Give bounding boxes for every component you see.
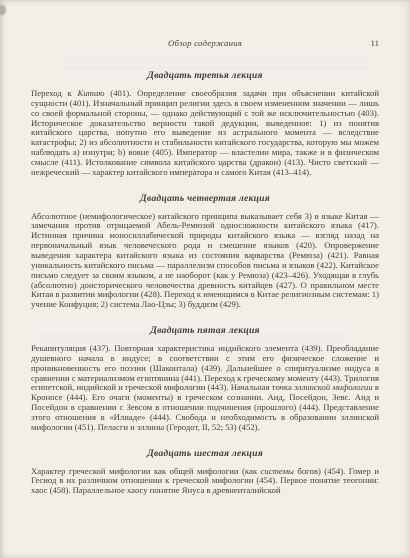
lecture-summary-paragraph: Абсолютное (немифологическое) китайского…	[31, 212, 379, 310]
running-header-row: Обзор содержания 11	[31, 37, 379, 49]
running-header: Обзор содержания	[31, 37, 379, 49]
summary-text: Переход к	[31, 88, 78, 98]
lecture-heading: Двадцать шестая лекция	[31, 448, 379, 460]
lecture-summary-paragraph: Переход к Китаю (401). Определение своео…	[31, 89, 379, 178]
summary-text: Абсолютное (немифологическое) китайского…	[31, 211, 379, 310]
lecture-heading: Двадцать пятая лекция	[31, 325, 379, 337]
italic-term: Китаю	[78, 88, 105, 98]
book-page: Обзор содержания 11 Двадцать третья лекц…	[0, 0, 410, 558]
lectures-summary: Двадцать третья лекцияПереход к Китаю (4…	[31, 70, 379, 496]
summary-text: (401). Определение своеобразия задачи пр…	[31, 88, 379, 177]
lecture-heading: Двадцать третья лекция	[31, 70, 379, 82]
scan-corner-smudge	[0, 5, 6, 15]
lecture-summary-paragraph: Рекапитуляция (437). Повторная характери…	[31, 344, 379, 433]
lecture-summary-paragraph: Характер греческой мифологии как общей м…	[31, 467, 379, 497]
summary-text: Характер греческой мифологии как общей м…	[31, 466, 261, 476]
italic-term: системы	[261, 466, 294, 476]
italic-term: эллинской мифологии	[294, 382, 373, 392]
page-number: 11	[371, 37, 379, 49]
lecture-heading: Двадцать четвертая лекция	[31, 193, 379, 205]
page-content: Обзор содержания 11 Двадцать третья лекц…	[31, 37, 379, 496]
